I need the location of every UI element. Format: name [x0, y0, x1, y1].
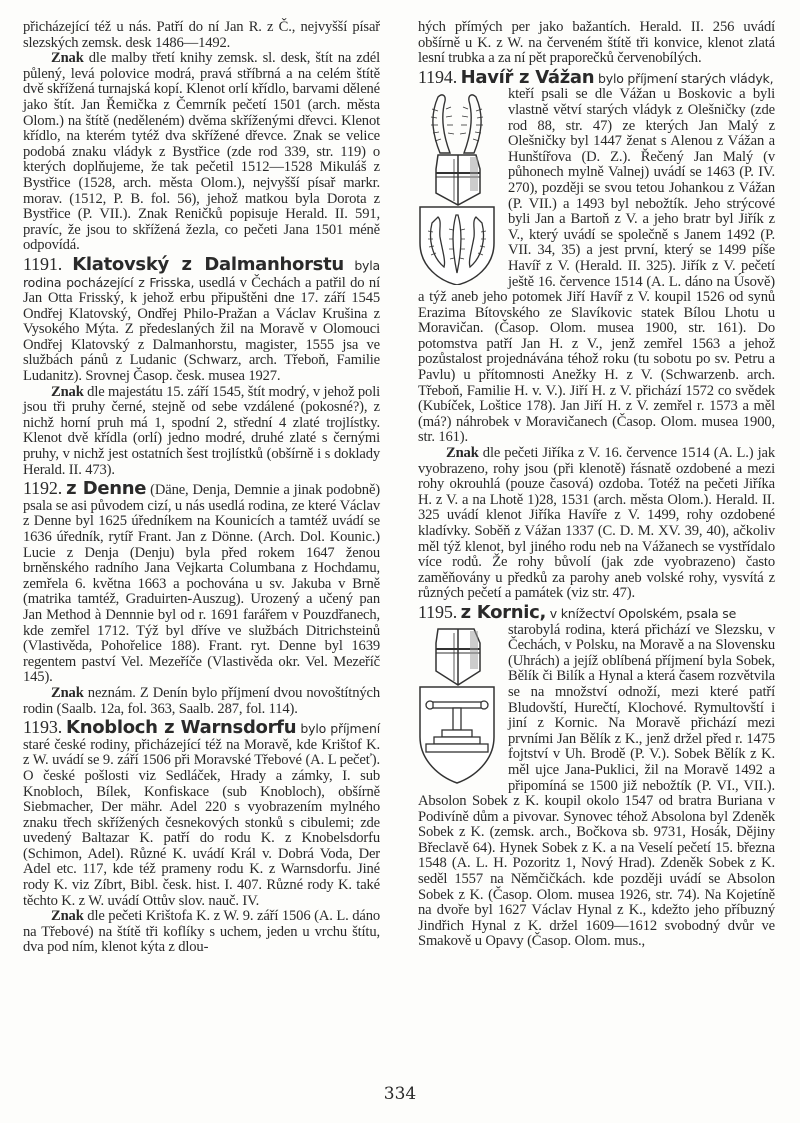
entry-lead: bylo příjmení starých vládyk, — [594, 71, 773, 86]
paragraph-znak-1194: Znak dle pečeti Jiříka z V. 16. července… — [418, 446, 775, 602]
entry-1194-heading: 1194. Havíř z Vážan bylo příjmení starýc… — [418, 70, 775, 88]
entry-number: 1192. — [23, 478, 62, 498]
entry-name: Knobloch z Warnsdorfu — [66, 717, 296, 738]
entry-lead: bylo příjmení — [296, 721, 380, 736]
znak-label: Znak — [51, 50, 84, 66]
entry-name: z Kornic, — [461, 602, 546, 623]
entry-number: 1195. — [418, 602, 457, 622]
znak-label: Znak — [51, 685, 84, 701]
coat-of-arms-havir-icon — [418, 89, 496, 285]
paragraph-znak-1190: Znak dle malby třetí knihy zemsk. sl. de… — [23, 51, 380, 254]
entry-name: Klatovský z Dalmanhorstu — [72, 254, 344, 275]
znak-label: Znak — [446, 445, 479, 461]
entry-1191: 1191. Klatovský z Dalmanhorstu byla rodi… — [23, 257, 380, 385]
entry-name: z Denne — [66, 478, 146, 499]
left-column: přicházející též u nás. Patří do ní Jan … — [23, 20, 380, 956]
paragraph-znak-1191: Znak dle majestátu 15. září 1545, štít m… — [23, 385, 380, 479]
entry-lead: (Däne, Denja, Demnie a jinak podobně) — [146, 482, 380, 498]
paragraph-continuation: hých přímých per jako bažantích. Herald.… — [418, 20, 775, 67]
page-number: 334 — [0, 1084, 800, 1104]
znak-text: dle malby třetí knihy zemsk. sl. desk, š… — [23, 50, 380, 253]
entry-1195-heading: 1195. z Kornic, v knížectví Opolském, ps… — [418, 605, 775, 623]
entry-number: 1191. — [23, 254, 62, 274]
entry-text: usedlá v Čechách a patřil do ní Jan Otta… — [23, 275, 380, 385]
entry-number: 1193. — [23, 717, 62, 737]
entry-1192: 1192. z Denne (Däne, Denja, Demnie a jin… — [23, 481, 380, 686]
entry-1193: 1193. Knobloch z Warnsdorfu bylo příjmen… — [23, 720, 380, 909]
right-column: hých přímých per jako bažantích. Herald.… — [418, 20, 775, 950]
znak-label: Znak — [51, 384, 84, 400]
paragraph-znak-1193: Znak dle pečeti Krištofa K. z W. 9. září… — [23, 909, 380, 956]
entry-lead: v knížectví Opolském, psala se — [546, 606, 736, 621]
coat-of-arms-kornic-icon — [418, 625, 496, 785]
entry-name: Havíř z Vážan — [461, 67, 595, 88]
paragraph-znak-1192: Znak neznám. Z Denín bylo příjmení dvou … — [23, 686, 380, 717]
znak-label: Znak — [51, 908, 84, 924]
entry-number: 1194. — [418, 67, 457, 87]
znak-text: dle pečeti Jiříka z V. 16. července 1514… — [418, 445, 775, 601]
entry-text: psala se asi původem cizí, u nás usedlá … — [23, 498, 380, 686]
entry-text: staré české rodiny, přicházející též na … — [23, 737, 380, 909]
paragraph-continuation: přicházející též u nás. Patří do ní Jan … — [23, 20, 380, 51]
